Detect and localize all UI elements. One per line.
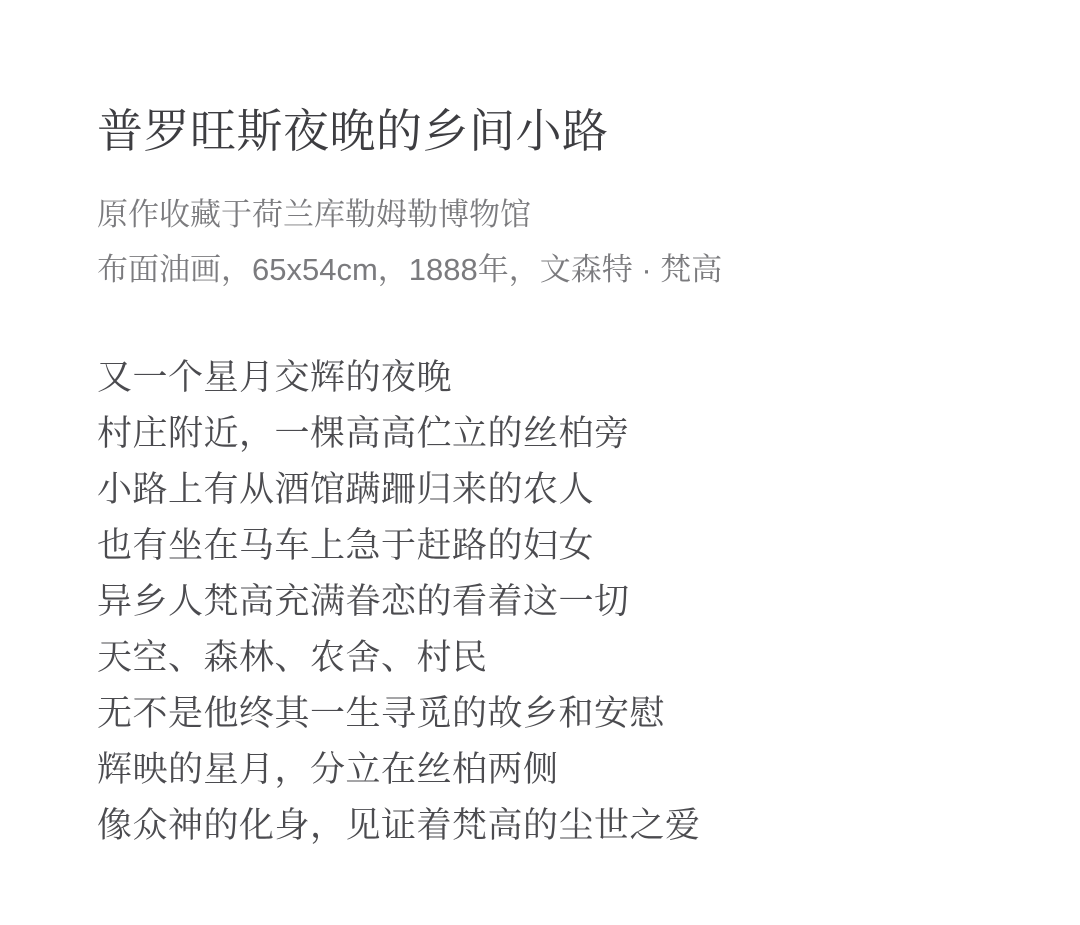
poem-line: 无不是他终其一生寻觅的故乡和安慰 — [97, 686, 1020, 742]
poem-line: 辉映的星月，分立在丝柏两侧 — [97, 742, 1020, 798]
artwork-details: 布面油画，65x54cm，1888年，文森特 · 梵高 — [97, 242, 1020, 297]
poem-line: 天空、森林、农舍、村民 — [97, 630, 1020, 686]
poem-line: 小路上有从酒馆蹒跚归来的农人 — [97, 462, 1020, 518]
poem: 又一个星月交辉的夜晚 村庄附近，一棵高高伫立的丝柏旁 小路上有从酒馆蹒跚归来的农… — [97, 350, 1020, 854]
artwork-provenance: 原作收藏于荷兰库勒姆勒博物馆 — [97, 187, 1020, 242]
page-title: 普罗旺斯夜晚的乡间小路 — [97, 104, 1020, 158]
poem-line: 也有坐在马车上急于赶路的妇女 — [97, 518, 1020, 574]
artwork-metadata: 原作收藏于荷兰库勒姆勒博物馆 布面油画，65x54cm，1888年，文森特 · … — [97, 187, 1020, 297]
document-page: 普罗旺斯夜晚的乡间小路 原作收藏于荷兰库勒姆勒博物馆 布面油画，65x54cm，… — [0, 0, 1080, 925]
poem-line: 村庄附近，一棵高高伫立的丝柏旁 — [97, 406, 1020, 462]
poem-line: 又一个星月交辉的夜晚 — [97, 350, 1020, 406]
poem-line: 像众神的化身，见证着梵高的尘世之爱 — [97, 798, 1020, 854]
poem-line: 异乡人梵高充满眷恋的看着这一切 — [97, 574, 1020, 630]
